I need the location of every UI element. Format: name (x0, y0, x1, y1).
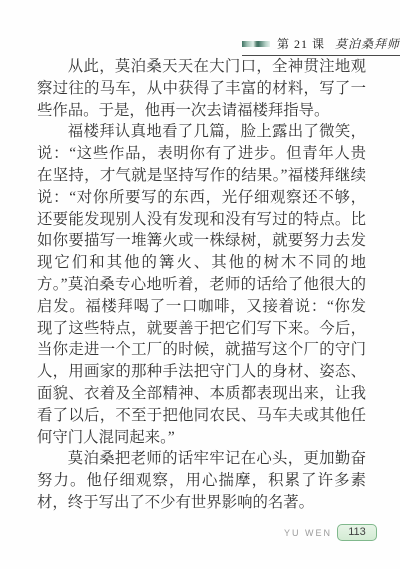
book-subject-label: YU WEN (284, 528, 332, 538)
textbook-page: 第 21 课 莫泊桑拜师 从此，莫泊桑天天在大门口，全神贯注地观察过往的马车，从… (0, 0, 400, 569)
page-footer: YU WEN 113 (284, 524, 377, 541)
paragraph: 福楼拜认真地看了几篇，脸上露出了微笑，说：“这些作品，表明你有了进步。但青年人贵… (37, 121, 366, 448)
lesson-title: 莫泊桑拜师 (335, 35, 400, 52)
paragraph: 莫泊桑把老师的话牢牢记在心头，更加勤奋努力。他仔细观察，用心揣摩，积累了许多素材… (37, 448, 366, 513)
page-header: 第 21 课 莫泊桑拜师 (242, 35, 400, 56)
paragraph: 从此，莫泊桑天天在大门口，全神贯注地观察过往的马车，从中获得了丰富的材料，写了一… (37, 56, 366, 121)
lesson-body-text: 从此，莫泊桑天天在大门口，全神贯注地观察过往的马车，从中获得了丰富的材料，写了一… (37, 56, 366, 514)
header-accent-bar-icon (242, 41, 270, 47)
lesson-number-label: 第 21 课 (277, 35, 325, 52)
page-number-badge: 113 (337, 524, 377, 541)
